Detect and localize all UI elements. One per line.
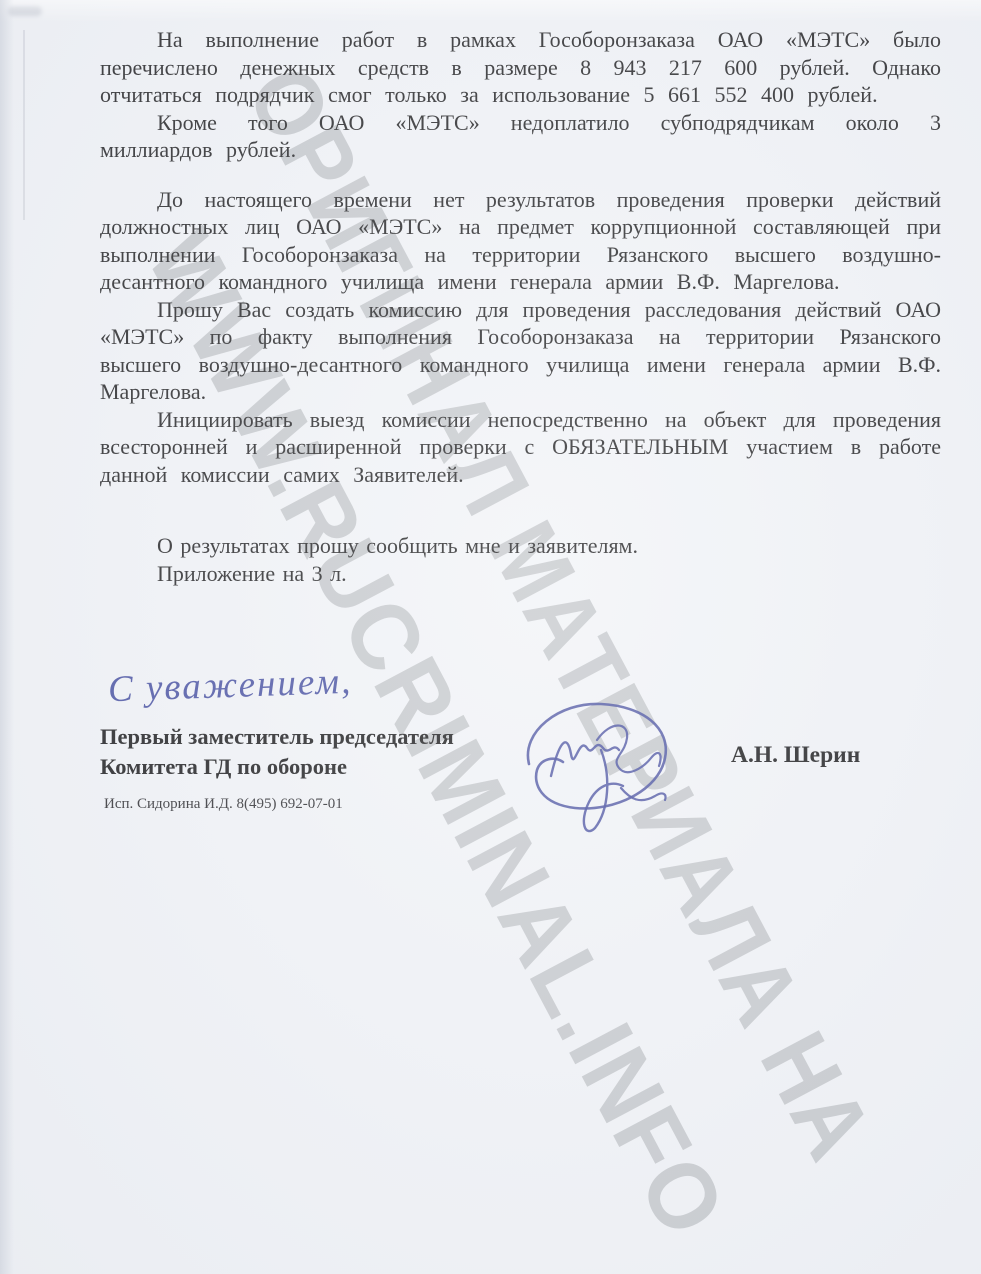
- scanned-letter-page: ОРИГИНАЛ МАТЕРИАЛА НА WWW.RUCRIMINAL.INF…: [0, 0, 981, 1274]
- line-attachment: Приложение на 3 л.: [100, 560, 941, 588]
- paragraph-no-inspection-results: До настоящего времени нет результатов пр…: [100, 186, 941, 296]
- paragraph-payment-figures: На выполнение работ в рамках Гособоронза…: [100, 26, 941, 109]
- signer-name: А.Н. Шерин: [731, 742, 860, 769]
- letter-content: На выполнение работ в рамках Гособоронза…: [0, 0, 981, 1274]
- line-report-results: О результатах прошу сообщить мне и заяви…: [100, 532, 941, 560]
- ink-signature: [493, 676, 698, 841]
- paragraph-underpayment: Кроме того ОАО «МЭТС» недоплатило субпод…: [100, 109, 941, 164]
- executor-contact-line: Исп. Сидорина И.Д. 8(495) 692-07-01: [104, 796, 343, 813]
- paragraph-initiate-visit: Инициировать выезд комиссии непосредстве…: [100, 406, 941, 489]
- letter-body: На выполнение работ в рамках Гособоронза…: [100, 26, 941, 587]
- paragraph-request-commission: Прошу Вас создать комиссию для проведени…: [100, 296, 941, 406]
- handwritten-regards: С уважением,: [107, 660, 353, 711]
